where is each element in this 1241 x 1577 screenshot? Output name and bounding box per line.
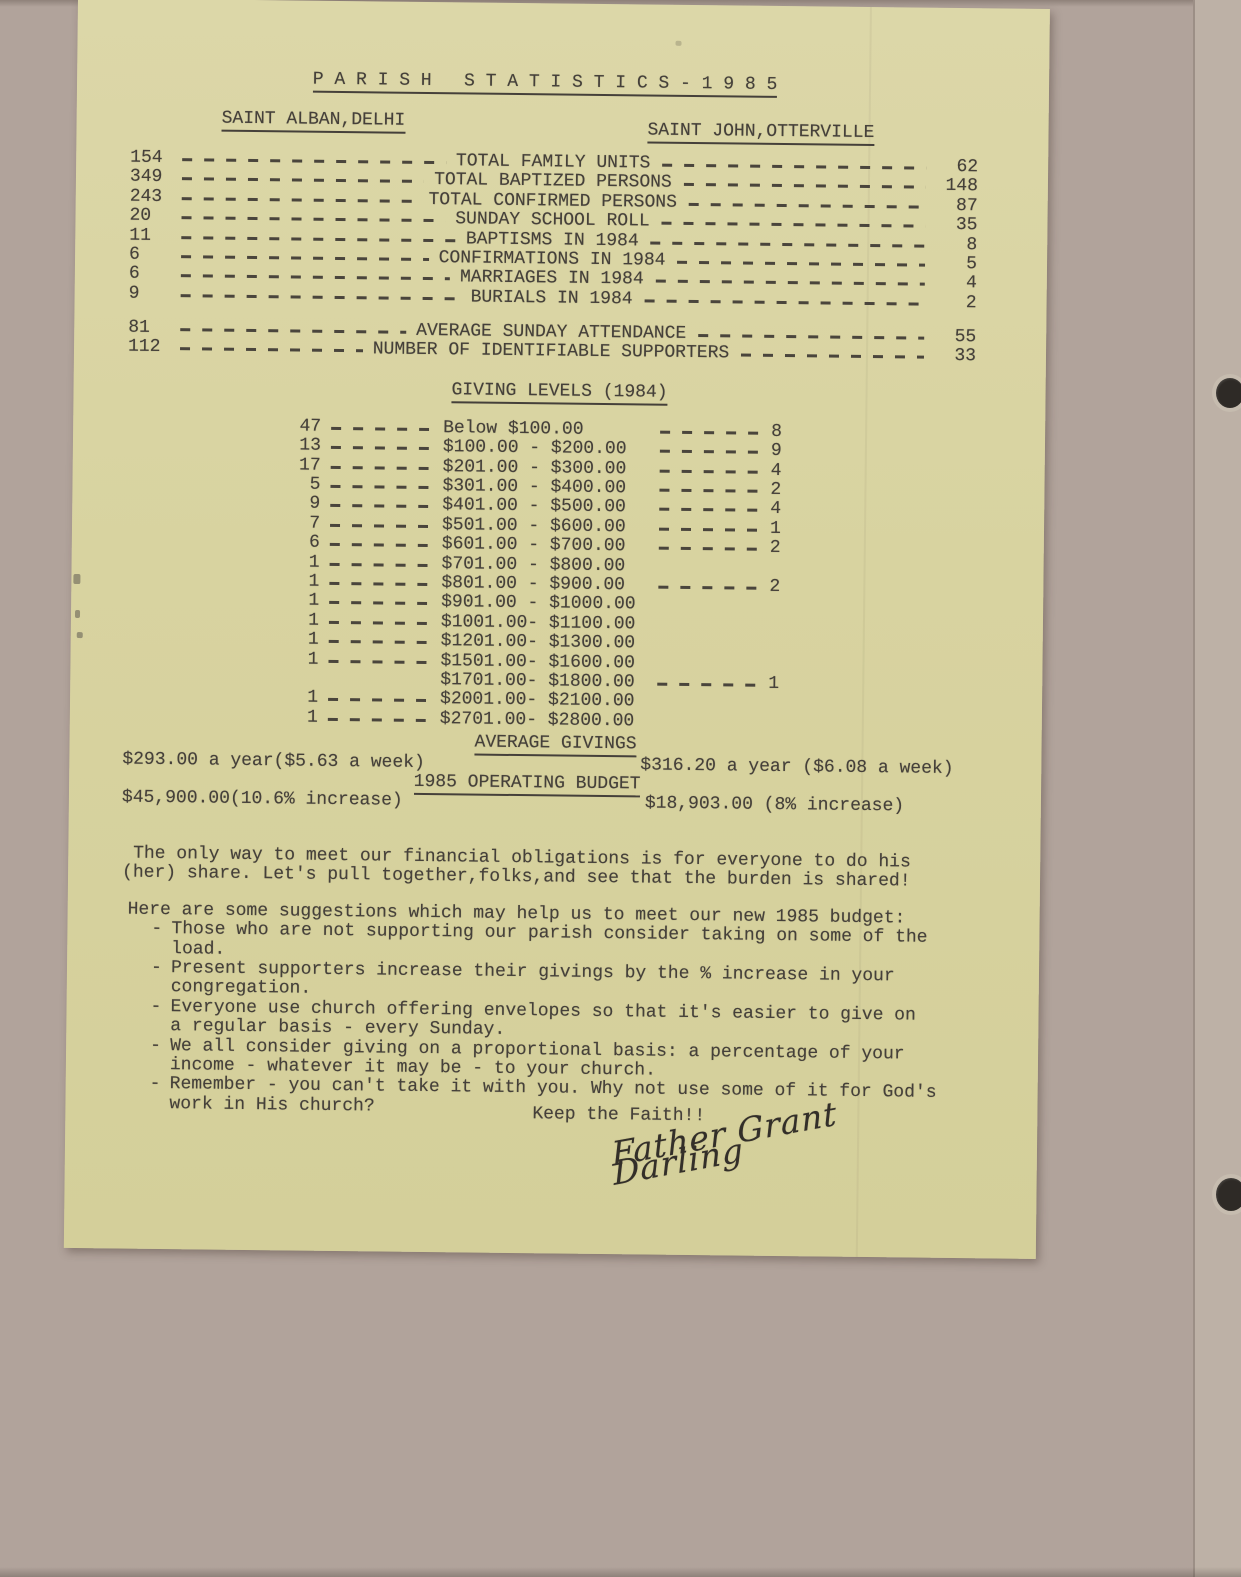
john-value: 8 xyxy=(931,236,977,256)
dash-leader xyxy=(657,519,762,539)
john-value: 87 xyxy=(932,197,978,217)
john-value: 55 xyxy=(930,328,976,348)
dash-leader xyxy=(658,461,763,481)
dash-leader xyxy=(327,631,427,651)
john-value: 148 xyxy=(932,177,978,197)
bullet-dash: - xyxy=(150,1037,170,1076)
dash-leader xyxy=(656,577,761,597)
alban-value: 6 xyxy=(129,246,173,266)
bullet-dash: - xyxy=(150,998,170,1037)
alban-count: 17 xyxy=(283,456,321,476)
paper-speck xyxy=(675,41,681,46)
alban-value: 20 xyxy=(129,207,173,227)
dash-leader xyxy=(660,213,926,235)
john-budget: $18,903.00 (8% increase) xyxy=(645,794,904,816)
alban-count: 1 xyxy=(280,650,318,670)
alban-value: 154 xyxy=(130,149,174,169)
dash-leader xyxy=(326,709,426,729)
average-givings-heading: AVERAGE GIVINGS xyxy=(474,733,636,758)
column-header-saint-alban: SAINT ALBAN,DELHI xyxy=(222,110,406,131)
alban-value: 243 xyxy=(130,188,174,208)
column-header-saint-john: SAINT JOHN,OTTERVILLE xyxy=(647,121,874,143)
dash-leader xyxy=(655,674,760,694)
dash-leader xyxy=(739,345,924,366)
operating-budget-heading: 1985 OPERATING BUDGET xyxy=(414,772,641,798)
dash-leader xyxy=(329,457,429,477)
bullet-dash: - xyxy=(151,959,171,998)
alban-value: 6 xyxy=(129,265,173,285)
dash-leader xyxy=(657,480,762,500)
dash-leader xyxy=(657,538,762,558)
binder-hole-top xyxy=(1216,378,1241,408)
alban-count: 1 xyxy=(281,553,319,573)
parish-statistics-sheet: P A R I S H S T A T I S T I C S - 1 9 8 … xyxy=(64,0,1050,1259)
john-count: 8 xyxy=(763,423,801,443)
john-count: 1 xyxy=(760,675,798,695)
alban-budget: $45,900.00(10.6% increase) xyxy=(122,789,403,812)
bullet-dash: - xyxy=(151,920,171,959)
alban-count: 1 xyxy=(281,572,319,592)
dash-leader xyxy=(328,515,428,535)
dash-leader xyxy=(328,476,428,496)
dash-leader xyxy=(327,592,427,612)
john-value: 4 xyxy=(931,274,977,294)
john-count: 2 xyxy=(761,578,799,598)
dash-leader xyxy=(682,174,926,196)
alban-count: 1 xyxy=(281,591,319,611)
stat-label: NUMBER OF IDENTIFIABLE SUPPORTERS xyxy=(369,340,734,364)
dash-leader xyxy=(327,554,427,574)
alban-count: 13 xyxy=(283,436,321,456)
giving-levels-heading-row: GIVING LEVELS (1984) xyxy=(73,377,1045,407)
alban-value: 112 xyxy=(128,338,172,358)
dash-leader xyxy=(327,612,427,632)
alban-count: 6 xyxy=(282,533,320,553)
john-count: 2 xyxy=(762,539,800,559)
alban-value: 11 xyxy=(129,227,173,247)
john-value: 35 xyxy=(931,216,977,236)
john-count: 4 xyxy=(763,462,801,482)
dash-leader xyxy=(328,495,428,515)
dash-leader xyxy=(329,437,429,457)
alban-count: 47 xyxy=(283,417,321,437)
alban-value: 81 xyxy=(128,319,172,339)
dash-leader xyxy=(326,651,426,671)
sheet-title: P A R I S H S T A T I S T I C S - 1 9 8 … xyxy=(313,70,778,98)
dash-leader xyxy=(179,207,445,229)
dash-leader xyxy=(657,499,762,519)
dash-leader xyxy=(180,168,424,190)
john-count: 1 xyxy=(762,520,800,540)
john-value: 2 xyxy=(930,294,976,314)
john-value: 62 xyxy=(932,158,978,178)
dash-leader xyxy=(654,271,925,293)
john-count: 2 xyxy=(762,481,800,501)
alban-value: 349 xyxy=(130,168,174,188)
stat-label: BURIALS IN 1984 xyxy=(466,288,636,309)
dash-leader xyxy=(643,291,925,313)
album-page-seam xyxy=(1193,0,1241,1577)
alban-count: 1 xyxy=(280,688,318,708)
album-bottom-shadow xyxy=(0,1567,1241,1577)
alban-count: 1 xyxy=(281,630,319,650)
john-count: 9 xyxy=(763,442,801,462)
john-count: 4 xyxy=(762,500,800,520)
dash-leader xyxy=(328,534,428,554)
binder-hole-bottom xyxy=(1216,1178,1241,1211)
alban-count: 9 xyxy=(282,494,320,514)
dash-leader xyxy=(329,418,429,438)
dash-leader xyxy=(179,285,461,307)
alban-count: 1 xyxy=(281,611,319,631)
giving-levels-heading: GIVING LEVELS (1984) xyxy=(451,380,667,405)
dash-leader xyxy=(178,338,363,359)
dash-leader xyxy=(327,573,427,593)
giving-range: $2701.00- $2800.00 xyxy=(426,710,641,732)
bullet-dash: - xyxy=(149,1075,169,1114)
dash-leader xyxy=(658,422,763,442)
alban-count: 1 xyxy=(280,708,318,728)
sheet-title-row: P A R I S H S T A T I S T I C S - 1 9 8 … xyxy=(77,68,1049,98)
alban-value: 9 xyxy=(129,285,173,305)
obligations-paragraph: The only way to meet our financial oblig… xyxy=(122,845,982,894)
alban-count: 7 xyxy=(282,514,320,534)
john-value: 5 xyxy=(931,255,977,275)
body-text: The only way to meet our financial oblig… xyxy=(65,844,1040,1124)
john-value: 33 xyxy=(930,347,976,367)
dash-leader xyxy=(179,265,450,287)
dash-leader xyxy=(326,689,426,709)
alban-count: 5 xyxy=(282,475,320,495)
dash-leader xyxy=(658,441,763,461)
